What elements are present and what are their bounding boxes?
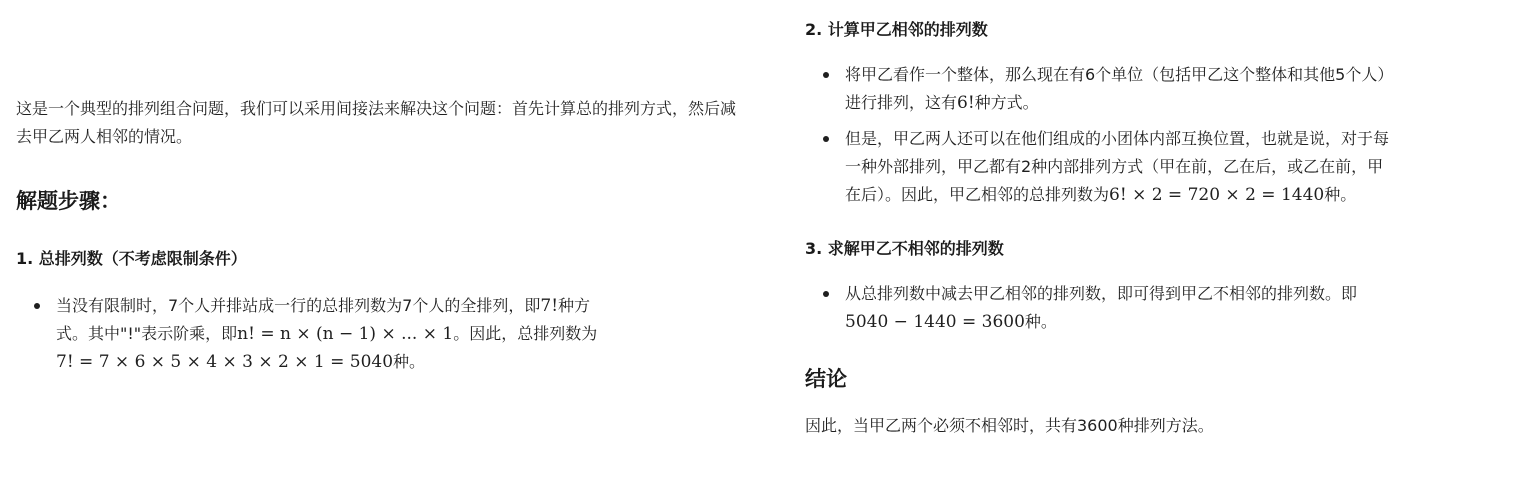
step2-list: 将甲乙看作一个整体，那么现在有6个单位（包括甲乙这个整体和其他5个人） 进行排列…	[805, 61, 1510, 209]
steps-heading: 解题步骤：	[16, 186, 121, 216]
math-inline: 7!	[540, 296, 558, 316]
bullet-icon	[823, 291, 829, 297]
step2-heading: 2. 计算甲乙相邻的排列数	[805, 17, 988, 43]
bullet-icon	[823, 136, 829, 142]
list-item: 当没有限制时，7个人并排站成一行的总排列数为7个人的全排列，即7!种方 式。其中…	[16, 292, 756, 376]
math-inline: 5040 − 1440 = 3600	[845, 312, 1025, 332]
step1-heading: 1. 总排列数（不考虑限制条件）	[16, 246, 247, 272]
math-inline: n! = n × (n − 1) × ... × 1	[237, 324, 453, 344]
conclusion-paragraph: 因此，当甲乙两个必须不相邻时，共有3600种排列方法。	[805, 412, 1214, 440]
math-inline: 6! × 2 = 720 × 2 = 1440	[1109, 185, 1324, 205]
step1-list: 当没有限制时，7个人并排站成一行的总排列数为7个人的全排列，即7!种方 式。其中…	[16, 292, 756, 376]
conclusion-heading: 结论	[805, 364, 847, 394]
list-item: 但是，甲乙两人还可以在他们组成的小团体内部互换位置，也就是说，对于每 一种外部排…	[805, 125, 1510, 209]
math-inline: 6!	[957, 93, 975, 113]
bullet-icon	[34, 303, 40, 309]
step3-heading: 3. 求解甲乙不相邻的排列数	[805, 236, 1004, 262]
bullet-icon	[823, 72, 829, 78]
step3-list: 从总排列数中减去甲乙相邻的排列数，即可得到甲乙不相邻的排列数。即 5040 − …	[805, 280, 1510, 336]
list-item: 从总排列数中减去甲乙相邻的排列数，即可得到甲乙不相邻的排列数。即 5040 − …	[805, 280, 1510, 336]
math-inline: 7! = 7 × 6 × 5 × 4 × 3 × 2 × 1 = 5040	[56, 352, 393, 372]
list-item: 将甲乙看作一个整体，那么现在有6个单位（包括甲乙这个整体和其他5个人） 进行排列…	[805, 61, 1510, 117]
intro-paragraph: 这是一个典型的排列组合问题，我们可以采用间接法来解决这个问题：首先计算总的排列方…	[16, 95, 751, 151]
